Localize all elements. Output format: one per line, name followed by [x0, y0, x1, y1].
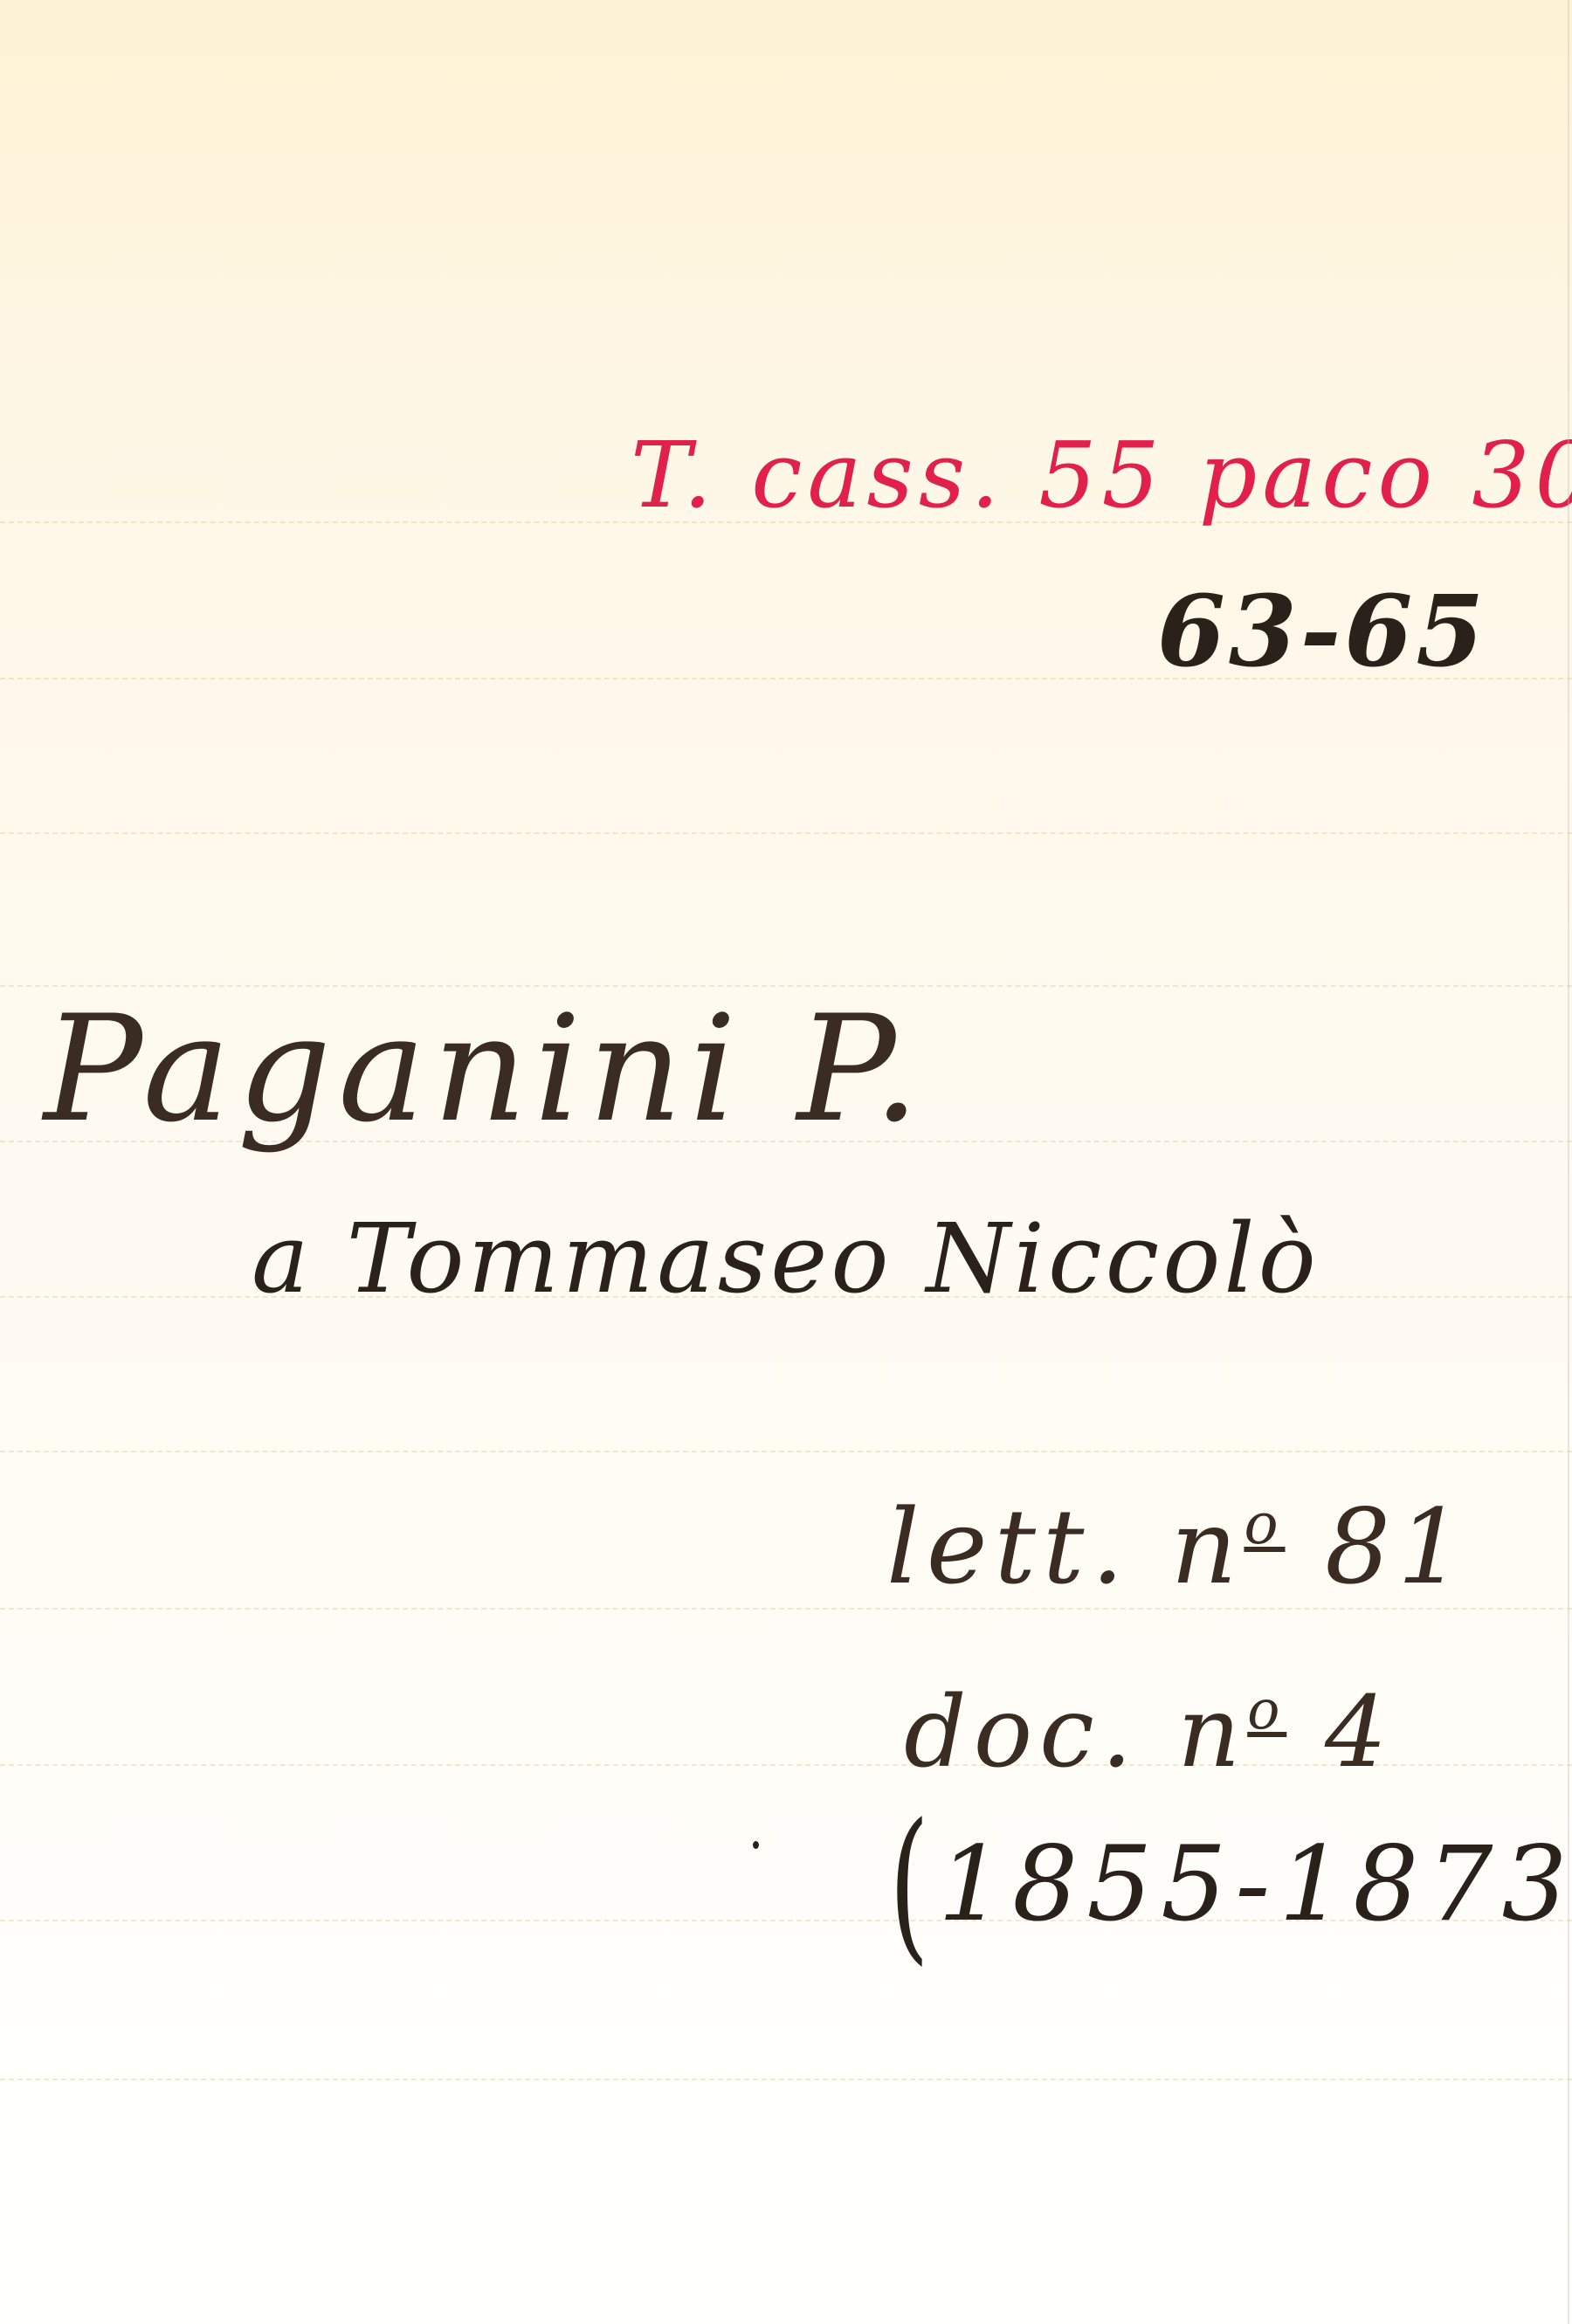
documents-label: doc. [904, 1676, 1139, 1790]
documents-count-line: doc. no 4 [904, 1684, 1394, 1782]
ruled-line [0, 832, 1572, 834]
ruled-line [0, 1451, 1572, 1452]
page-range-text: 63-65 [1157, 575, 1487, 689]
page-range: 63-65 [1157, 583, 1487, 681]
recipient-name: Tommaseo Niccolò [347, 1203, 1320, 1314]
letters-label: lett. [886, 1486, 1131, 1607]
shelfmark: T. cass. 55 paco 308 [631, 430, 1572, 521]
date-range: 1855-1873 [938, 1824, 1572, 1944]
date-range-line: (1855-1873) [889, 1832, 1572, 1935]
catalogue-card: T. cass. 55 paco 308 63-65 Paganini P. a… [0, 0, 1572, 2324]
documents-count: 4 [1325, 1676, 1394, 1790]
recipient-prefix: a [252, 1203, 313, 1314]
date-open-paren: ( [889, 1802, 938, 1967]
ruled-line [0, 2079, 1572, 2080]
author-name-text: Paganini P. [44, 983, 927, 1155]
recipient-line: a Tommaseo Niccolò [252, 1210, 1320, 1307]
author-name: Paganini P. [44, 996, 927, 1142]
letters-number-abbrev: no [1170, 1486, 1285, 1607]
ink-dot [753, 1841, 759, 1849]
documents-number-abbrev: no [1177, 1676, 1286, 1790]
letters-count-line: lett. no 81 [886, 1495, 1470, 1598]
ruled-line [0, 1608, 1572, 1610]
letters-count: 81 [1325, 1486, 1470, 1607]
shelfmark-text: T. cass. 55 paco 308 [631, 422, 1572, 528]
